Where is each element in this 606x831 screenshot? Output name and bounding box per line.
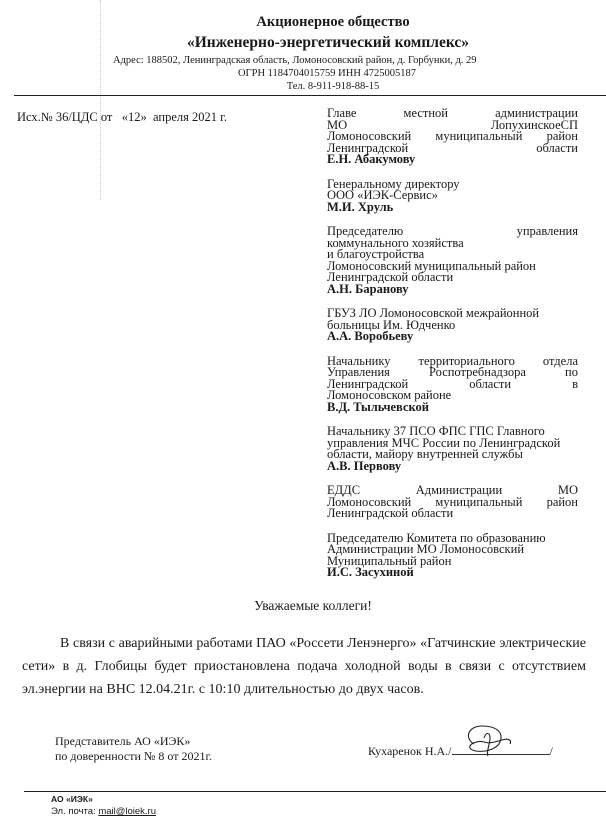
representative-title: Представитель АО «ИЭК» (55, 734, 212, 749)
addressee-block: Председателю Комитета по образованию Адм… (327, 533, 578, 579)
addressee-block: Генеральному директору ООО «ИЭК-Сервис» … (327, 179, 578, 214)
addressee-name: М.И. Хруль (327, 202, 578, 214)
org-name: «Инженерно-энергетический комплекс» (0, 34, 606, 52)
footer-email-link[interactable]: mail@loiek.ru (98, 806, 156, 817)
addressee-line: Ленинградской области (327, 508, 578, 520)
addressee-name: Е.Н. Абакумову (327, 154, 578, 166)
body-paragraph: В связи с аварийными работами ПАО «Россе… (22, 632, 586, 701)
letter-body: В связи с аварийными работами ПАО «Россе… (22, 632, 586, 701)
org-address: Адрес: 188502, Ленинградская область, Ло… (113, 55, 477, 66)
addressee-block: Начальнику территориального отдела Управ… (327, 356, 578, 414)
org-phone: Тел. 8-911-918-88-15 (0, 81, 606, 92)
signer-name: Кухаренок Н.А./ (368, 744, 452, 758)
signer-block: Кухаренок Н.А.// (368, 742, 553, 759)
outgoing-reference: Исх.№ 36/ЦДС от «12» апреля 2021 г. (17, 110, 227, 125)
header-divider (14, 95, 606, 96)
addressees-list: Главе местной администрации МО Лопухинск… (327, 108, 578, 592)
org-type: Акционерное общество (0, 14, 606, 31)
addressee-name: В.Д. Тыльчевской (327, 402, 578, 414)
addressee-name: И.С. Засухиной (327, 567, 578, 579)
addressee-block: ГБУЗ ЛО Ломоносовской межрайонной больни… (327, 308, 578, 343)
handwritten-signature-icon (460, 722, 520, 760)
addressee-name: А.А. Воробьеву (327, 331, 578, 343)
footer-contact: Эл. почта: mail@loiek.ru (51, 806, 156, 817)
addressee-block: Председателю управления коммунального хо… (327, 226, 578, 295)
power-of-attorney: по доверенности № 8 от 2021г. (55, 749, 212, 764)
signature-end: / (550, 744, 553, 758)
footer-divider (24, 791, 606, 792)
representative-block: Представитель АО «ИЭК» по доверенности №… (55, 734, 212, 764)
signature-line (452, 742, 550, 755)
footer-org: АО «ИЭК» (51, 794, 93, 804)
org-ogrn-inn: ОГРН 1184704015759 ИНН 4725005187 (0, 68, 606, 79)
footer-mail-label: Эл. почта: (51, 806, 98, 817)
greeting: Уважаемые коллеги! (0, 598, 606, 614)
addressee-name: А.В. Первову (327, 461, 578, 473)
addressee-block: ЕДДС Администрации МО Ломоносовский муни… (327, 485, 578, 520)
addressee-name: А.Н. Баранову (327, 284, 578, 296)
addressee-block: Главе местной администрации МО Лопухинск… (327, 108, 578, 166)
addressee-block: Начальнику 37 ПСО ФПС ГПС Главного управ… (327, 426, 578, 472)
